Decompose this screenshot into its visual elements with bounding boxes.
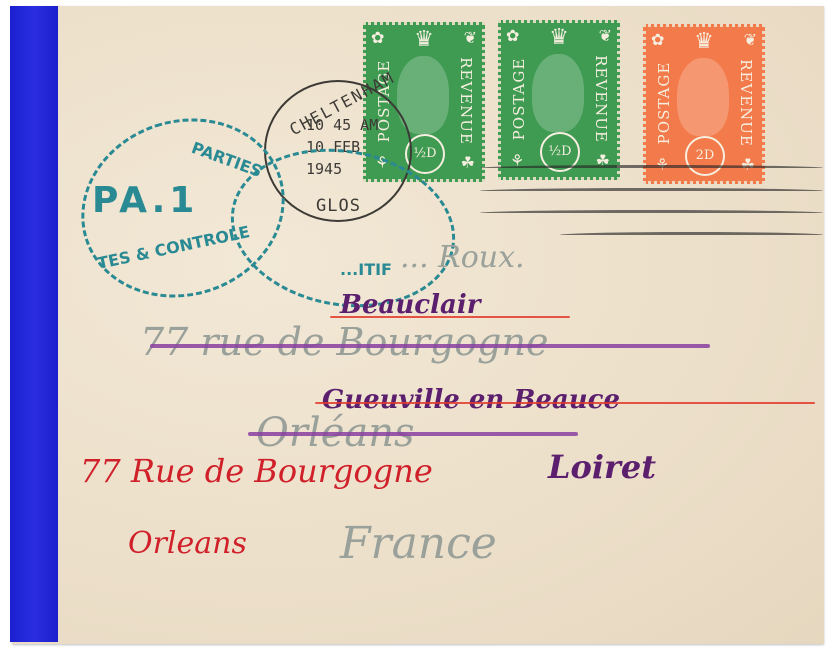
addressee-name: ... Roux. <box>400 240 525 275</box>
stamp-half-penny-2: ✿ ♛ ❦ POSTAGE REVENUE ⚘ ½D ☘ <box>498 20 620 180</box>
cancellation-line <box>480 188 823 194</box>
postmark-time: 10 45 AM <box>306 116 378 134</box>
thistle-icon: ❦ <box>464 28 477 47</box>
department: Loiret <box>548 448 656 486</box>
king-portrait <box>532 54 584 132</box>
strikethrough <box>150 344 710 348</box>
forwarding-city: Orleans <box>128 526 247 561</box>
stamp-text-revenue: REVENUE <box>457 46 475 156</box>
stamp-text-postage: POSTAGE <box>655 48 673 158</box>
strikethrough <box>315 402 815 404</box>
rose-icon: ✿ <box>506 26 519 45</box>
king-portrait <box>677 58 729 136</box>
strikethrough <box>248 432 578 436</box>
shamrock-icon: ☘ <box>461 153 475 172</box>
censor-right-text: ...ITIF <box>340 260 392 279</box>
stamp-two-pence: ✿ ♛ ❦ POSTAGE REVENUE ⚘ 2D ☘ <box>643 24 765 184</box>
strikethrough <box>330 316 570 318</box>
stamp-text-revenue: REVENUE <box>592 44 610 154</box>
cancellation-line <box>560 232 823 238</box>
thistle-icon: ❦ <box>599 26 612 45</box>
crown-icon: ♛ <box>407 28 441 52</box>
crown-icon: ♛ <box>542 26 576 50</box>
stamp-text-postage: POSTAGE <box>510 44 528 154</box>
cancellation-line <box>480 210 823 216</box>
rose-icon: ✿ <box>371 28 384 47</box>
country: France <box>340 518 497 569</box>
thistle-icon: ❦ <box>744 30 757 49</box>
crown-icon: ♛ <box>687 30 721 54</box>
original-street: 77 rue de Bourgogne <box>140 320 548 364</box>
forwarding-street: 77 Rue de Bourgogne <box>80 452 433 490</box>
rose-icon: ✿ <box>651 30 664 49</box>
stamp-text-revenue: REVENUE <box>737 48 755 158</box>
cancellation-line <box>480 165 823 171</box>
censor-tape-strip <box>10 6 58 642</box>
censor-label: PA.1 <box>92 180 198 221</box>
